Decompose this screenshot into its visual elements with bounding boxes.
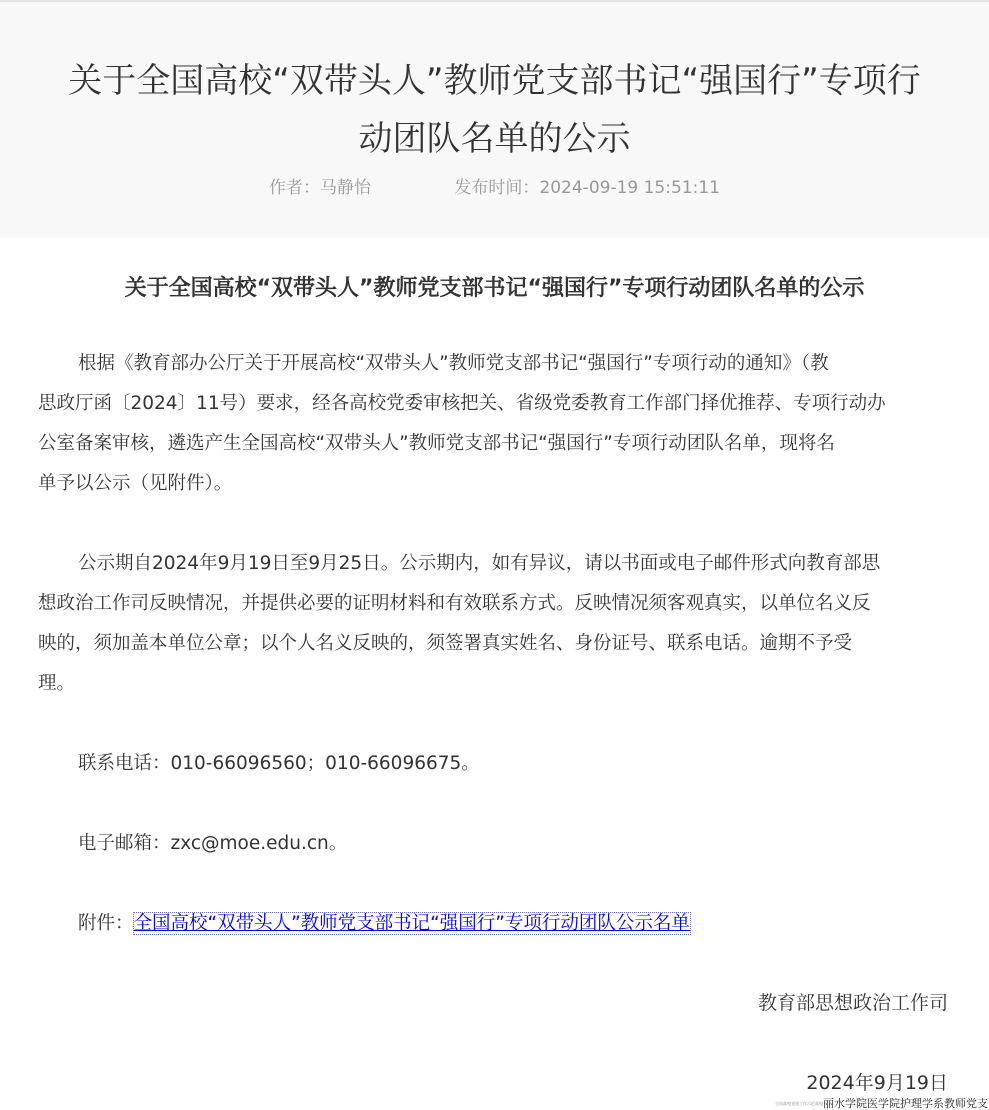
page-title-line-2: 动团队名单的公示 [10, 110, 979, 168]
signature-organization: 教育部思想政治工作司 [758, 988, 948, 1018]
article-meta: 作者：马静怡 发布时间：2024-09-19 15:51:11 [0, 176, 989, 200]
page-title-line-1: 关于全国高校“双带头人”教师党支部书记“强国行”专项行 [10, 52, 979, 110]
paragraph-line: 公室备案审核，遴选产生全国高校“双带头人”教师党支部书记“强国行”专项行动团队名… [38, 424, 950, 464]
paragraph-line: 映的，须加盖本单位公章；以个人名义反映的，须签署真实姓名、身份证号、联系电话。逾… [38, 624, 950, 664]
paragraph-intro: 根据《教育部办公厅关于开展高校“双带头人”教师党支部书记“强国行”专项行动的通知… [38, 344, 950, 504]
attachment-link[interactable]: 全国高校“双带头人”教师党支部书记“强国行”专项行动团队公示名单 [134, 913, 690, 934]
watermark-text: 丽水学院医学院护理学系教师党支部 [823, 1098, 989, 1110]
page-title: 关于全国高校“双带头人”教师党支部书记“强国行”专项行 动团队名单的公示 [10, 52, 979, 168]
attachment-label: 附件： [78, 913, 134, 934]
paragraph-line: 根据《教育部办公厅关于开展高校“双带头人”教师党支部书记“强国行”专项行动的通知… [38, 344, 950, 384]
paragraph-line: 想政治工作司反映情况，并提供必要的证明材料和有效联系方式。反映情况须客观真实，以… [38, 584, 950, 624]
watermark-small-text: 全国高校党建工作示范高校 [775, 1101, 823, 1106]
article-heading: 关于全国高校“双带头人”教师党支部书记“强国行”专项行动团队名单的公示 [0, 274, 989, 304]
author-label: 作者：马静怡 [269, 178, 371, 198]
article-header: 关于全国高校“双带头人”教师党支部书记“强国行”专项行 动团队名单的公示 作者：… [0, 0, 989, 238]
paragraph-line: 单予以公示（见附件）。 [38, 464, 950, 504]
paragraph-line: 理。 [38, 664, 950, 704]
paragraph-line: 公示期自2024年9月19日至9月25日。公示期内，如有异议，请以书面或电子邮件… [38, 544, 950, 584]
contact-phone: 联系电话：010-66096560；010-66096675。 [38, 744, 950, 784]
attachment-row: 附件：全国高校“双带头人”教师党支部书记“强国行”专项行动团队公示名单 [38, 904, 950, 944]
signature-date: 2024年9月19日 [806, 1068, 948, 1098]
contact-email: 电子邮箱：zxc@moe.edu.cn。 [38, 824, 950, 864]
publish-time-label: 发布时间：2024-09-19 15:51:11 [454, 178, 720, 198]
watermark: 全国高校党建工作示范高校丽水学院医学院护理学系教师党支部 [775, 1098, 989, 1110]
paragraph-publicity-period: 公示期自2024年9月19日至9月25日。公示期内，如有异议，请以书面或电子邮件… [38, 544, 950, 704]
paragraph-line: 思政厅函〔2024〕11号）要求，经各高校党委审核把关、省级党委教育工作部门择优… [38, 384, 950, 424]
